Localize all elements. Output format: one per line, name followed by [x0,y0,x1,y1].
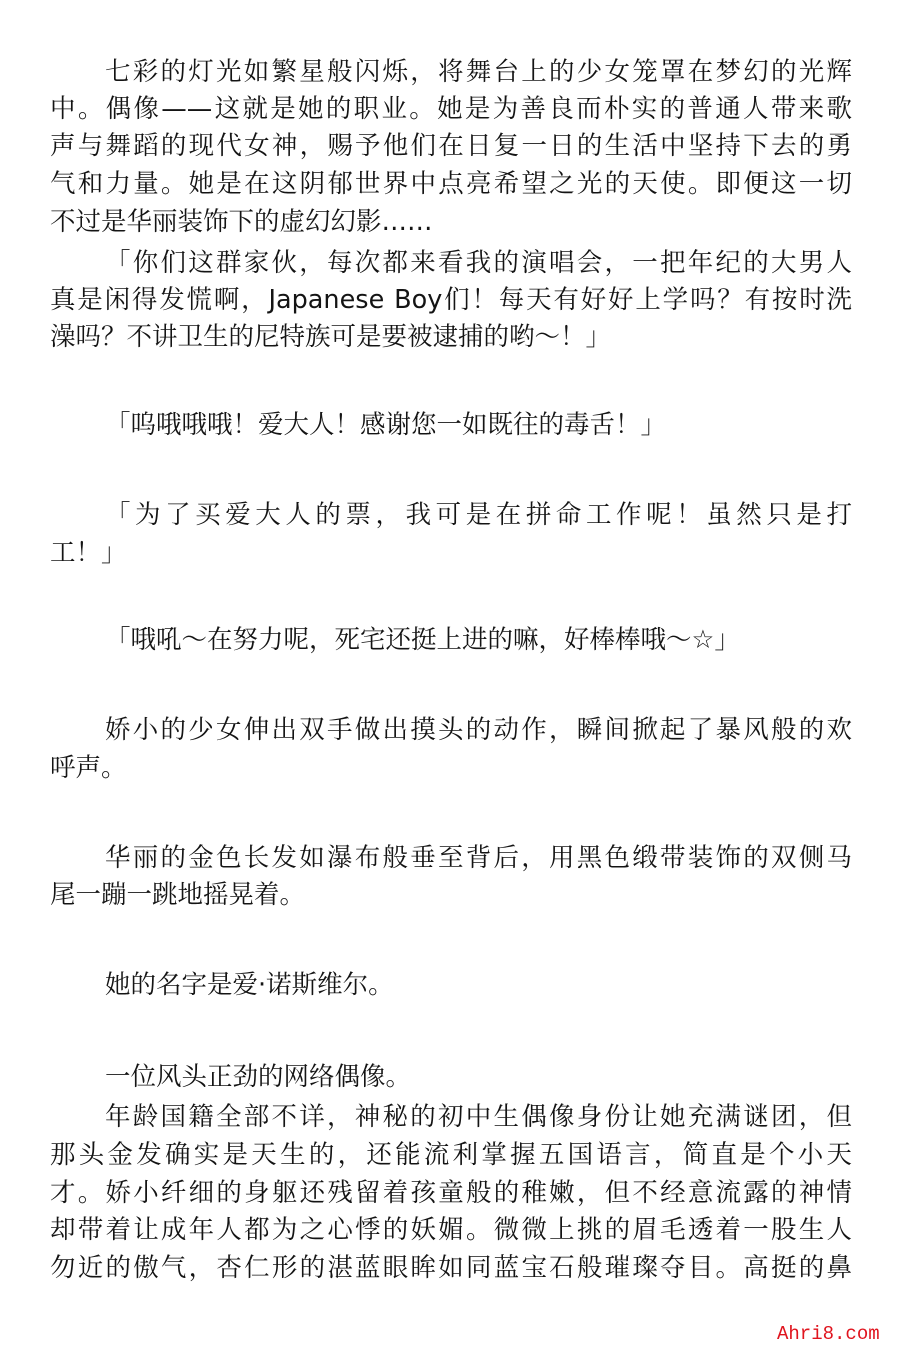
text-line: 「你们这群家伙，每次都来看我的演唱会，一把年纪的大男人 [105,244,852,282]
text-line: 年龄国籍全部不详，神秘的初中生偶像身份让她充满谜团，但 [105,1098,852,1136]
text-line: 澡吗？不讲卫生的尼特族可是要被逮捕的哟～！」 [50,318,852,356]
text-line: 不过是华丽装饰下的虚幻幻影…… [50,203,852,241]
text-line: 勿近的傲气，杏仁形的湛蓝眼眸如同蓝宝石般璀璨夺目。高挺的鼻 [50,1249,852,1287]
text-line: 声与舞蹈的现代女神，赐予他们在日复一日的生活中坚持下去的勇 [50,127,852,165]
text-line: 真是闲得发慌啊，Japanese Boy们！每天有好好上学吗？有按时洗 [50,281,852,319]
text-line: 「呜哦哦哦！爱大人！感谢您一如既往的毒舌！」 [105,406,852,444]
text-line: 她的名字是爱·诺斯维尔。 [105,966,852,1004]
text-line: 华丽的金色长发如瀑布般垂至背后，用黑色缎带装饰的双侧马 [105,839,852,877]
text-line: 「哦吼～在努力呢，死宅还挺上进的嘛，好棒棒哦～☆」 [105,621,852,659]
text-line: 那头金发确实是天生的，还能流利掌握五国语言，简直是个小天 [50,1136,852,1174]
text-line: 一位风头正劲的网络偶像。 [105,1058,852,1096]
text-line: 却带着让成年人都为之心悸的妖媚。微微上挑的眉毛透着一股生人 [50,1211,852,1249]
text-line: 七彩的灯光如繁星般闪烁，将舞台上的少女笼罩在梦幻的光辉 [105,53,852,91]
watermark: Ahri8.com [777,1322,880,1346]
text-line: 娇小的少女伸出双手做出摸头的动作，瞬间掀起了暴风般的欢 [105,711,852,749]
text-line: 工！」 [50,534,852,572]
text-line: 呼声。 [50,749,852,787]
text-line: 才。娇小纤细的身躯还残留着孩童般的稚嫩，但不经意流露的神情 [50,1174,852,1212]
text-line: 「为了买爱大人的票，我可是在拼命工作呢！虽然只是打 [105,496,852,534]
document-page: 七彩的灯光如繁星般闪烁，将舞台上的少女笼罩在梦幻的光辉中。偶像——这就是她的职业… [0,0,900,1360]
text-line: 中。偶像——这就是她的职业。她是为善良而朴实的普通人带来歌 [50,90,852,128]
text-line: 气和力量。她是在这阴郁世界中点亮希望之光的天使。即便这一切 [50,165,852,203]
text-line: 尾一蹦一跳地摇晃着。 [50,876,852,914]
